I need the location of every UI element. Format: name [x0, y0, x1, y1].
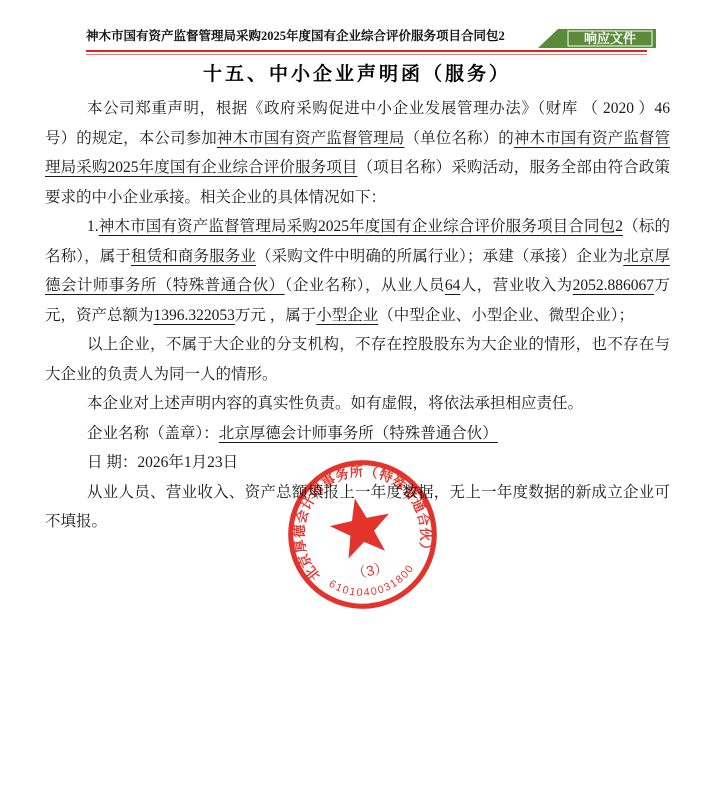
paragraph: 日 期：2026年1月23日 — [45, 448, 670, 478]
paragraph: 本公司郑重声明，根据《政府采购促进中小企业发展管理办法》（财库 （ 2020 ）… — [45, 94, 670, 212]
paragraph: 企业名称（盖章）：北京厚德会计师事务所（特殊普通合伙） — [45, 419, 670, 449]
text-run: （采购文件中明确的所属行业）；承建（承接）企业为 — [256, 248, 623, 265]
document-title: 十五、中小企业声明函（服务） — [0, 59, 714, 86]
seal-number: 6101040031800 — [325, 560, 421, 607]
header-rule-top — [86, 50, 647, 52]
text-run: 本企业对上述声明内容的真实性负责。如有虚假，将依法承担相应责任。 — [87, 395, 583, 412]
text-run: （中型企业、小型企业、微型企业）； — [378, 307, 634, 324]
paragraph: 从业人员、营业收入、资产总额填报上一年度数据，无上一年度数据的新成立企业可不填报… — [45, 478, 670, 537]
header-project-title: 神木市国有资产监督管理局采购2025年度国有企业综合评价服务项目合同包2 — [86, 26, 546, 44]
text-run: （单位名称）的 — [404, 130, 513, 147]
text-run: 日 期：2026年1月23日 — [87, 454, 238, 471]
document-body: 本公司郑重声明，根据《政府采购促进中小企业发展管理办法》（财库 （ 2020 ）… — [45, 94, 670, 537]
header-rule-bottom — [86, 54, 647, 55]
seal-center-label: （3） — [351, 559, 390, 583]
document-page: 神木市国有资产监督管理局采购2025年度国有企业综合评价服务项目合同包2 响应文… — [0, 0, 714, 795]
underlined-field: 1396.322053 — [154, 307, 235, 324]
text-run: （企业名称），从业人员 — [285, 277, 445, 294]
paragraph: 以上企业，不属于大企业的分支机构，不存在控股股东为大企业的情形，也不存在与大企业… — [45, 330, 670, 389]
underlined-field: 神木市国有资产监督管理局 — [217, 130, 405, 147]
underlined-field: 北京厚德会计师事务所（特殊普通合伙） — [219, 425, 498, 442]
response-file-badge: 响应文件 — [538, 29, 656, 48]
badge-label: 响应文件 — [584, 31, 636, 46]
underlined-field: 神木市国有资产监督管理局采购2025年度国有企业综合评价服务项目合同包2 — [99, 218, 623, 235]
text-run: 人，营业收入为 — [460, 277, 572, 294]
text-run: 从业人员、营业收入、资产总额填报上一年度数据，无上一年度数据的新成立企业可不填报… — [45, 484, 670, 531]
text-run: 企业名称（盖章）： — [87, 425, 219, 442]
underlined-field: 租赁和商务服务业 — [131, 248, 256, 265]
text-run: 以上企业，不属于大企业的分支机构，不存在控股股东为大企业的情形，也不存在与大企业… — [45, 336, 670, 383]
underlined-field: 2052.886067 — [573, 277, 654, 294]
underlined-field: 64 — [445, 277, 461, 294]
text-run: 1. — [87, 218, 99, 235]
paragraph: 1.神木市国有资产监督管理局采购2025年度国有企业综合评价服务项目合同包2（标… — [45, 212, 670, 330]
underlined-field: 小型企业 — [316, 307, 378, 324]
text-run: 万元 ，属于 — [235, 307, 316, 324]
paragraph: 本企业对上述声明内容的真实性负责。如有虚假，将依法承担相应责任。 — [45, 389, 670, 419]
